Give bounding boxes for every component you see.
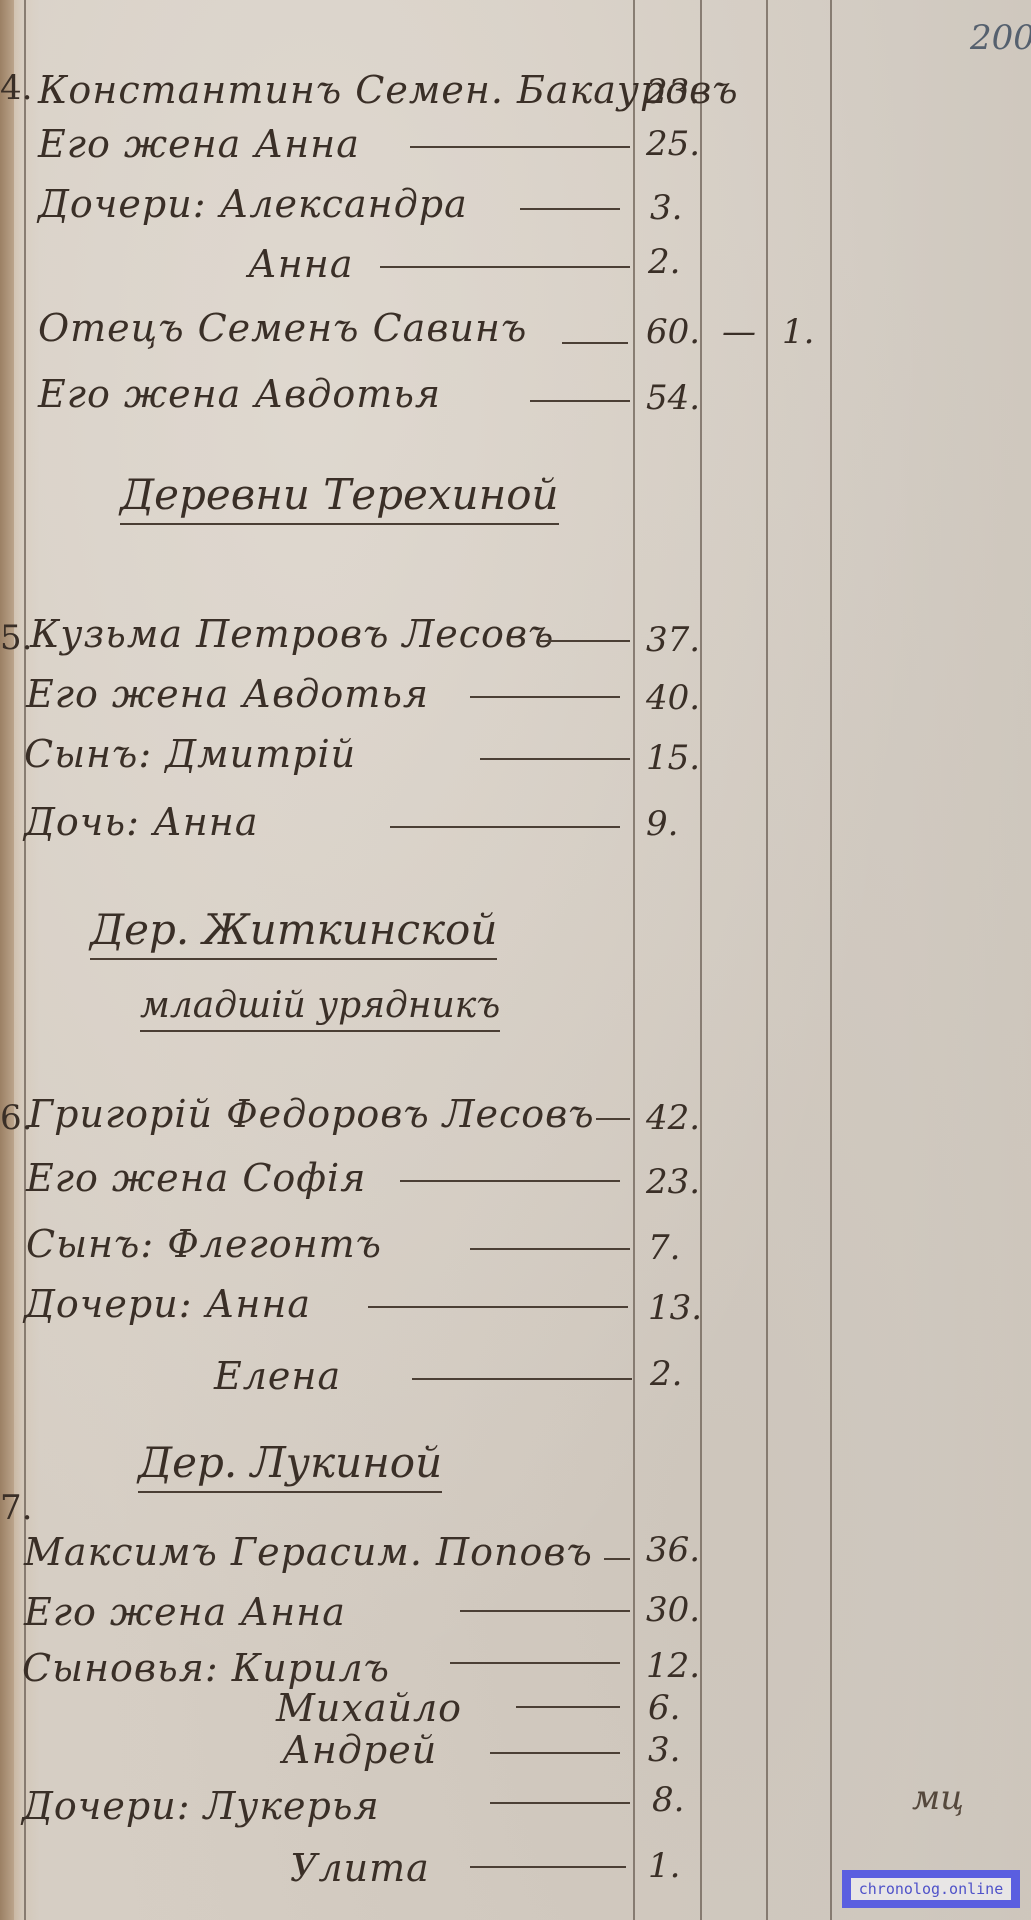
age-value: 13. xyxy=(648,1288,702,1328)
age-column-left-rule xyxy=(633,0,635,1920)
household-number: 4. xyxy=(0,68,32,108)
rank-subheading-text: младшій урядникъ xyxy=(140,985,500,1032)
fill-dash xyxy=(380,266,630,268)
watermark-text: chronolog.online xyxy=(851,1878,1012,1900)
member-entry: Дочери: Александра xyxy=(38,182,468,226)
member-entry: Сынъ: Флегонтъ xyxy=(26,1222,382,1266)
member-entry: Дочери: Анна xyxy=(24,1282,311,1326)
fill-dash xyxy=(530,400,630,402)
village-heading-text: Дер. Житкинской xyxy=(90,905,497,960)
member-entry: Дочь: Анна xyxy=(24,800,258,844)
fill-dash xyxy=(470,1866,626,1868)
member-entry: Дочери: Лукерья xyxy=(22,1784,380,1828)
watermark-badge: chronolog.online xyxy=(842,1870,1020,1908)
age-value: 3. xyxy=(650,188,682,228)
fill-dash xyxy=(368,1306,628,1308)
household-number: 7. xyxy=(0,1488,32,1528)
fill-dash xyxy=(490,1752,620,1754)
household-number: 5. xyxy=(0,618,32,658)
fill-dash xyxy=(562,342,628,344)
fill-dash xyxy=(470,696,620,698)
extra-column-value: 1. xyxy=(782,312,814,352)
member-entry: Его жена Анна xyxy=(24,1590,346,1634)
age-value: 9. xyxy=(646,804,678,844)
fill-dash xyxy=(480,758,630,760)
member-entry: Андрей xyxy=(282,1728,437,1772)
fill-dash xyxy=(460,1610,630,1612)
age-value: 7. xyxy=(648,1228,680,1268)
member-entry: Сынъ: Дмитрій xyxy=(24,732,356,776)
household-head: Максимъ Герасим. Поповъ xyxy=(24,1530,593,1574)
member-entry: Отецъ Семенъ Савинъ xyxy=(38,306,527,350)
fill-dash xyxy=(516,1706,620,1708)
folio-number: 200 xyxy=(970,18,1031,58)
village-heading: Дер. Лукиной xyxy=(138,1438,442,1493)
member-entry: Его жена Софія xyxy=(26,1156,366,1200)
member-entry: Его жена Авдотья xyxy=(26,672,429,716)
fill-dash xyxy=(410,146,630,148)
member-entry: Его жена Анна xyxy=(38,122,360,166)
right-column-rule xyxy=(830,0,832,1920)
fill-dash xyxy=(540,640,630,642)
member-entry: Сыновья: Кирилъ xyxy=(22,1646,390,1690)
age-value: 12. xyxy=(646,1646,700,1686)
fill-dash xyxy=(450,1662,620,1664)
age-value: 40. xyxy=(646,678,700,718)
fill-dash xyxy=(470,1248,630,1250)
age-value: 3. xyxy=(648,1730,680,1770)
extra-column-value: — xyxy=(722,312,756,352)
member-entry: Елена xyxy=(214,1354,341,1398)
fill-dash xyxy=(604,1558,630,1560)
age-value: 23. xyxy=(646,72,700,112)
extra-column-rule xyxy=(766,0,768,1920)
member-entry: Анна xyxy=(248,242,354,286)
age-value: 30. xyxy=(646,1590,700,1630)
age-value: 25. xyxy=(646,124,700,164)
fill-dash xyxy=(400,1180,620,1182)
age-value: 2. xyxy=(650,1354,682,1394)
age-value: 8. xyxy=(652,1780,684,1820)
age-value: 54. xyxy=(646,378,700,418)
fill-dash xyxy=(596,1118,630,1120)
age-value: 36. xyxy=(646,1530,700,1570)
fill-dash xyxy=(390,826,620,828)
age-column-right-rule xyxy=(700,0,702,1920)
member-entry: Улита xyxy=(290,1846,430,1890)
household-head: Кузьма Петровъ Лесовъ xyxy=(30,612,554,656)
village-heading-text: Дер. Лукиной xyxy=(138,1438,442,1493)
binding-edge xyxy=(0,0,14,1920)
age-value: 60. xyxy=(646,312,700,352)
age-value: 23. xyxy=(646,1162,700,1202)
clerk-initials: мц xyxy=(912,1778,964,1818)
fill-dash xyxy=(490,1802,630,1804)
age-value: 15. xyxy=(646,738,700,778)
village-heading-text: Деревни Терехиной xyxy=(120,470,559,525)
village-heading: Деревни Терехиной xyxy=(120,470,559,525)
age-value: 2. xyxy=(648,242,680,282)
age-value: 6. xyxy=(648,1688,680,1728)
age-value: 37. xyxy=(646,620,700,660)
member-entry: Михайло xyxy=(276,1686,462,1730)
household-head: Григорій Федоровъ Лесовъ xyxy=(28,1092,595,1136)
age-value: 1. xyxy=(648,1846,680,1886)
fill-dash xyxy=(412,1378,632,1380)
household-head: Константинъ Семен. Бакауровъ xyxy=(38,68,739,112)
age-value: 42. xyxy=(646,1098,700,1138)
census-page: 200 4. Константинъ Семен. Бакауровъ 23. … xyxy=(0,0,1031,1920)
village-heading: Дер. Житкинской xyxy=(90,905,497,960)
member-entry: Его жена Авдотья xyxy=(38,372,441,416)
rank-subheading: младшій урядникъ xyxy=(140,985,500,1032)
fill-dash xyxy=(520,208,620,210)
